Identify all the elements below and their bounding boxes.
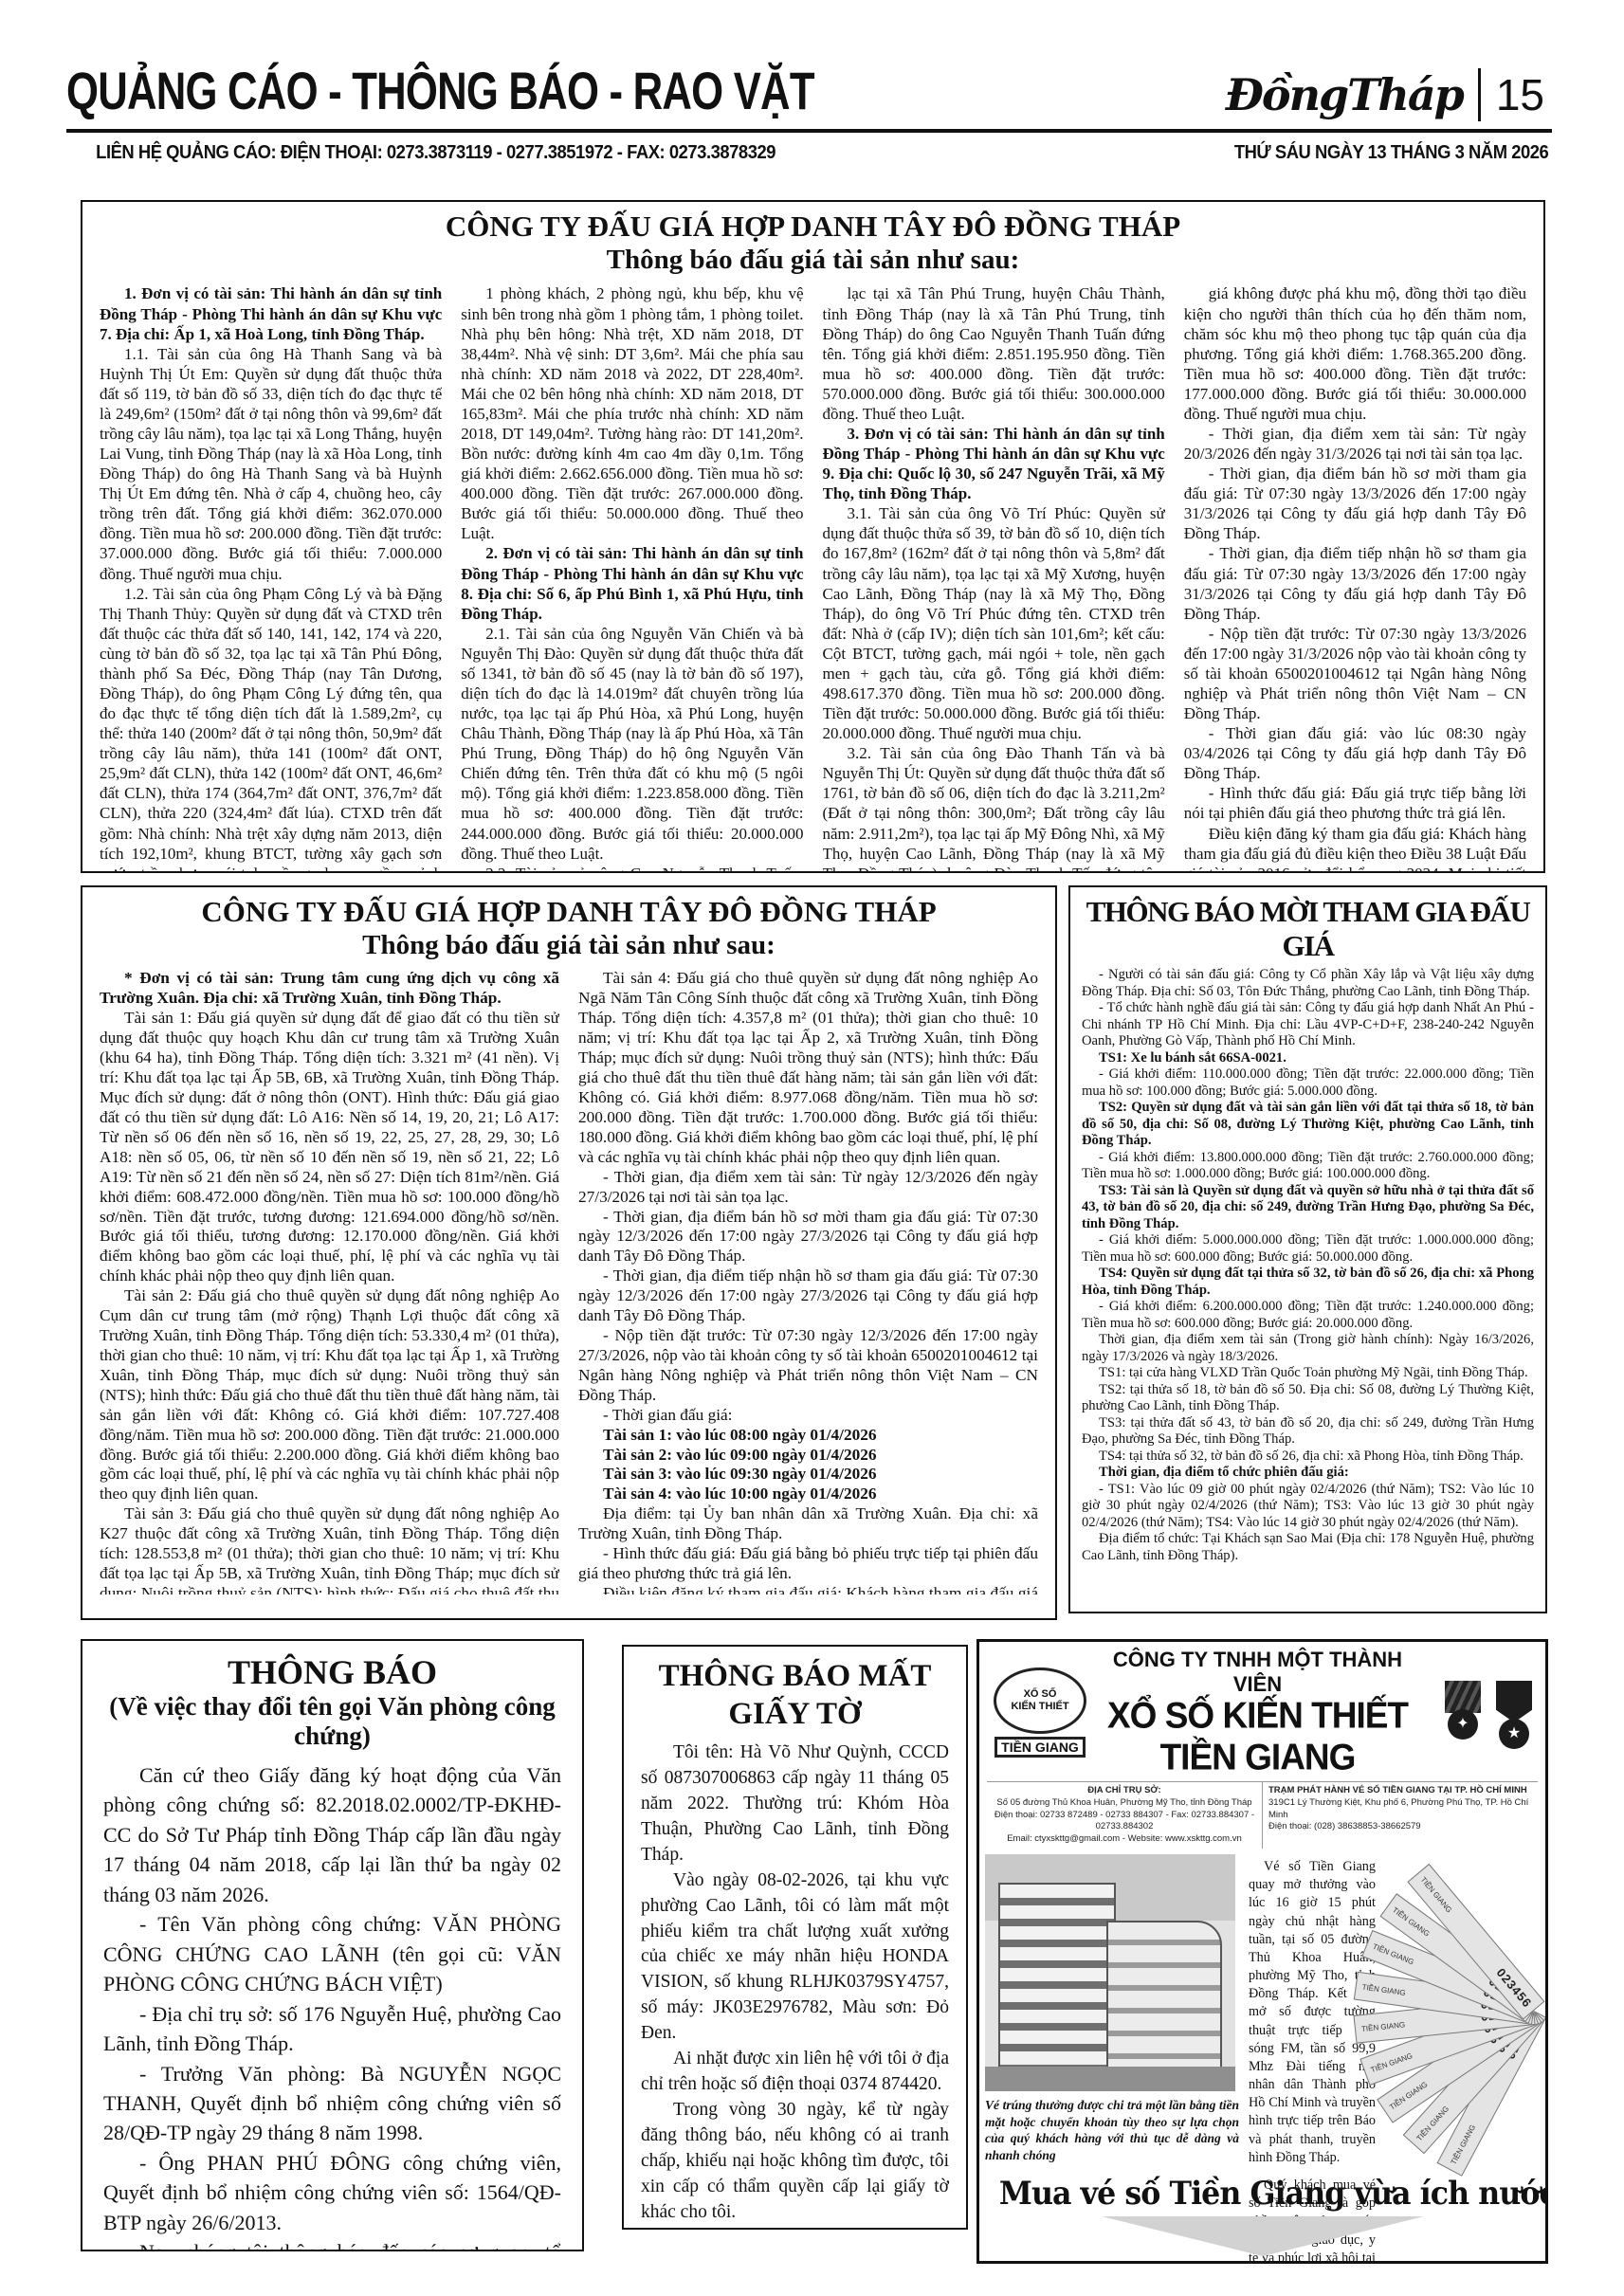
text-column: 1 phòng khách, 2 phòng ngủ, khu bếp, khu… bbox=[461, 283, 803, 873]
paragraph: 2. Đơn vị có tài sản: Thi hành án dân sự… bbox=[461, 543, 803, 623]
company-type: CÔNG TY TNHH MỘT THÀNH VIÊN bbox=[1093, 1648, 1422, 1697]
medal-icon: ★ bbox=[1494, 1681, 1534, 1743]
lottery-ticket-fan: TIỀN GIANG023456TIỀN GIANG023456TIỀN GIA… bbox=[1383, 1854, 1540, 2167]
road bbox=[985, 2067, 1235, 2091]
paragraph: - Hình thức đấu giá: Đấu giá bằng bỏ phi… bbox=[578, 1544, 1038, 1584]
box1-title: CÔNG TY ĐẤU GIÁ HỢP DANH TÂY ĐÔ ĐỒNG THÁ… bbox=[100, 210, 1526, 244]
ad-paragraph: Vé số Tiền Giang quay mở thưởng vào lúc … bbox=[1249, 1858, 1376, 2167]
paragraph: Tài sản 2: vào lúc 09:00 ngày 01/4/2026 bbox=[578, 1446, 1038, 1466]
paragraph: - Trưởng Văn phòng: Bà NGUYỄN NGỌC THANH… bbox=[103, 2059, 561, 2148]
paragraph: Ai nhặt được xin liên hệ với tôi ở địa c… bbox=[641, 2047, 949, 2098]
auction-notice-box-1: CÔNG TY ĐẤU GIÁ HỢP DANH TÂY ĐÔ ĐỒNG THÁ… bbox=[81, 200, 1545, 873]
text-column: Tài sản 4: Đấu giá cho thuê quyền sử dụn… bbox=[578, 969, 1038, 1594]
paragraph: - Giá khởi điểm: 5.000.000.000 đồng; Tiề… bbox=[1082, 1232, 1534, 1266]
logo-text: KIẾN THIẾT bbox=[996, 1701, 1084, 1712]
paragraph: lạc tại xã Tân Phú Trung, huyện Châu Thà… bbox=[823, 283, 1165, 424]
paragraph: TS4: tại thửa số 32, tờ bản đồ số 26, đị… bbox=[1082, 1449, 1534, 1466]
paragraph: - Thời gian đấu giá: bbox=[578, 1406, 1038, 1426]
company-name: XỔ SỐ KIẾN THIẾT TIỀN GIANG bbox=[1093, 1695, 1422, 1778]
page-number: 15 bbox=[1496, 69, 1544, 120]
notice-body: Tôi tên: Hà Võ Như Quỳnh, CCCD số 087307… bbox=[641, 1740, 949, 2225]
ad-footer-bar: Kính chúc quý khách gặp nhiều may mắn bbox=[989, 2262, 1536, 2264]
paragraph: - Thời gian, địa điểm tiếp nhận hồ sơ th… bbox=[578, 1266, 1038, 1326]
lost-papers-notice: THÔNG BÁO MẤT GIẤY TỜ Tôi tên: Hà Võ Như… bbox=[622, 1645, 968, 2230]
building-block bbox=[998, 1883, 1116, 2076]
box1-columns: 1. Đơn vị có tài sản: Thi hành án dân sự… bbox=[100, 283, 1526, 873]
box1-subtitle: Thông báo đấu giá tài sản như sau: bbox=[100, 244, 1526, 277]
paragraph: TS3: Tài sản là Quyền sử dụng đất và quy… bbox=[1082, 1183, 1534, 1233]
paragraph: - Người có tài sản đấu giá: Công ty Cổ p… bbox=[1082, 967, 1534, 1000]
hq-addr: Số 05 đường Thủ Khoa Huân, Phường Mỹ Tho… bbox=[993, 1797, 1256, 1810]
masthead-right: ĐồngTháp 15 bbox=[1226, 68, 1544, 121]
newspaper-page: QUẢNG CÁO - THÔNG BÁO - RAO VẶT ĐồngTháp… bbox=[0, 28, 1624, 2264]
paragraph: 3.2. Tài sản của ông Đào Thanh Tấn và bà… bbox=[823, 743, 1165, 873]
text-column: 1. Đơn vị có tài sản: Thi hành án dân sự… bbox=[100, 283, 442, 873]
paragraph: TS2: tại thửa số 18, tờ bản đồ số 50. Đị… bbox=[1082, 1382, 1534, 1415]
notice-title: THÔNG BÁO bbox=[103, 1652, 561, 1692]
hq-phone: Điện thoại: 02733 872489 - 02733 884307 … bbox=[993, 1810, 1256, 1834]
box2-title: CÔNG TY ĐẤU GIÁ HỢP DANH TÂY ĐÔ ĐỒNG THÁ… bbox=[100, 895, 1038, 929]
paragraph: Tài sản 3: Đấu giá cho thuê quyền sử dụn… bbox=[100, 1504, 559, 1594]
box2-subtitle: Thông báo đấu giá tài sản như sau: bbox=[100, 929, 1038, 962]
paragraph: Trong vòng 30 ngày, kể từ ngày đăng thôn… bbox=[641, 2098, 949, 2226]
paragraph: - Ông PHAN PHÚ ĐÔNG công chứng viên, Quy… bbox=[103, 2148, 561, 2237]
paragraph: 2.1. Tài sản của ông Nguyễn Văn Chiến và… bbox=[461, 624, 803, 864]
logo-name: TIỀN GIANG bbox=[994, 1737, 1086, 1758]
section-title: QUẢNG CÁO - THÔNG BÁO - RAO VẶT bbox=[66, 60, 814, 121]
box2-columns: * Đơn vị có tài sản: Trung tâm cung ứng … bbox=[100, 969, 1038, 1594]
lottery-logo-icon: XỔ SỐ KIẾN THIẾT TIỀN GIANG bbox=[987, 1667, 1093, 1758]
issue-date: THỨ SÁU NGÀY 13 THÁNG 3 NĂM 2026 bbox=[1234, 142, 1548, 164]
paragraph: - Thời gian, địa điểm tiếp nhận hồ sơ th… bbox=[1184, 543, 1526, 623]
paragraph: - Tên Văn phòng công chứng: VĂN PHÒNG CÔ… bbox=[103, 1909, 561, 1998]
lottery-advertisement: XỔ SỐ KIẾN THIẾT TIỀN GIANG CÔNG TY TNHH… bbox=[976, 1639, 1548, 2264]
paragraph: TS4: Quyền sử dụng đất tại thửa số 32, t… bbox=[1082, 1266, 1534, 1299]
paragraph: - Giá khởi điểm: 13.800.000.000 đồng; Ti… bbox=[1082, 1150, 1534, 1183]
branch-label: TRẠM PHÁT HÀNH VÉ SỐ TIỀN GIANG TẠI TP. … bbox=[1268, 1785, 1527, 1795]
medal-icon: ✦ bbox=[1443, 1681, 1483, 1743]
paragraph: Tài sản 2: Đấu giá cho thuê quyền sử dụn… bbox=[100, 1286, 559, 1504]
notice-title: THÔNG BÁO MẤT GIẤY TỜ bbox=[641, 1658, 949, 1733]
branch-phone: Điện thoại: (028) 38638853-38662579 bbox=[1268, 1821, 1532, 1833]
paragraph: - Thời gian, địa điểm bán hồ sơ mời tham… bbox=[578, 1208, 1038, 1267]
header-rule bbox=[66, 129, 1552, 133]
paragraph: - Giá khởi điểm: 110.000.000 đồng; Tiền … bbox=[1082, 1066, 1534, 1100]
photo-caption: Vé trúng thưởng được chi trả một lần bằn… bbox=[985, 2097, 1239, 2163]
paragraph: Điều kiện đăng ký tham gia đấu giá: Khác… bbox=[578, 1584, 1038, 1594]
paragraph: Căn cứ theo Giấy đăng ký hoạt động của V… bbox=[103, 1760, 561, 1909]
masthead: QUẢNG CÁO - THÔNG BÁO - RAO VẶT ĐồngTháp… bbox=[66, 28, 1544, 121]
text-column: * Đơn vị có tài sản: Trung tâm cung ứng … bbox=[100, 969, 559, 1594]
paragraph: - Nộp tiền đặt trước: Từ 07:30 ngày 13/3… bbox=[1184, 624, 1526, 723]
hq-label: ĐỊA CHỈ TRỤ SỞ: bbox=[1087, 1785, 1160, 1795]
newspaper-logo: ĐồngTháp bbox=[1226, 69, 1463, 120]
paragraph: - Thời gian, địa điểm xem tài sản: Từ ng… bbox=[1184, 424, 1526, 464]
auction-invitation-box: THÔNG BÁO MỜI THAM GIA ĐẤU GIÁ - Người c… bbox=[1068, 885, 1547, 1613]
paragraph: Tài sản 4: Đấu giá cho thuê quyền sử dụn… bbox=[578, 969, 1038, 1167]
paragraph: Tài sản 3: vào lúc 09:30 ngày 01/4/2026 bbox=[578, 1465, 1038, 1485]
invitation-body: - Người có tài sản đấu giá: Công ty Cổ p… bbox=[1082, 967, 1534, 1564]
ad-slogan: Mua vé số Tiền Giang vừa ích nước, vừa l… bbox=[999, 2175, 1525, 2213]
paragraph: Tài sản 1: Đấu giá quyền sử dụng đất để … bbox=[100, 1009, 559, 1286]
paragraph: 1 phòng khách, 2 phòng ngủ, khu bếp, khu… bbox=[461, 283, 803, 543]
subheader: LIÊN HỆ QUẢNG CÁO: ĐIỆN THOẠI: 0273.3873… bbox=[66, 142, 1548, 164]
bottom-row: THÔNG BÁO (Về việc thay đổi tên gọi Văn … bbox=[81, 1639, 1548, 2264]
paragraph: Thời gian, địa điểm tổ chức phiên đấu gi… bbox=[1082, 1465, 1534, 1482]
ad-header: XỔ SỐ KIẾN THIẾT TIỀN GIANG CÔNG TY TNHH… bbox=[979, 1642, 1545, 1778]
paragraph: 1.2. Tài sản của ông Phạm Công Lý và bà … bbox=[100, 584, 442, 873]
building-photo bbox=[985, 1854, 1235, 2091]
paragraph: - Giá khởi điểm: 6.200.000.000 đồng; Tiề… bbox=[1082, 1299, 1534, 1332]
ad-company: CÔNG TY TNHH MỘT THÀNH VIÊN XỔ SỐ KIẾN T… bbox=[1093, 1648, 1422, 1777]
text-column: giá không được phá khu mộ, đồng thời tạo… bbox=[1184, 283, 1526, 873]
ad-text: Vé số Tiền Giang quay mở thưởng vào lúc … bbox=[1239, 1854, 1383, 2167]
logo-text: XỔ SỐ bbox=[996, 1688, 1084, 1700]
medals: ✦ ★ bbox=[1422, 1681, 1538, 1743]
paragraph: 2.2. Tài sản của ông Cao Nguyễn Thanh Tu… bbox=[461, 864, 803, 873]
second-row: CÔNG TY ĐẤU GIÁ HỢP DANH TÂY ĐÔ ĐỒNG THÁ… bbox=[81, 885, 1547, 1620]
paragraph: - Tổ chức hành nghề đấu giá tài sản: Côn… bbox=[1082, 1000, 1534, 1050]
paragraph: TS2: Quyền sử dụng đất và tài sản gắn li… bbox=[1082, 1100, 1534, 1150]
paragraph: Nay chúng tôi thông báo đến các cơ quan,… bbox=[103, 2237, 561, 2251]
down-arrow-icon bbox=[1102, 2216, 1424, 2256]
paragraph: - Hình thức đấu giá: Đấu giá trực tiếp b… bbox=[1184, 783, 1526, 823]
paragraph: Tài sản 1: vào lúc 08:00 ngày 01/4/2026 bbox=[578, 1426, 1038, 1446]
lottery-logo-ellipse: XỔ SỐ KIẾN THIẾT bbox=[994, 1667, 1086, 1734]
paragraph: giá không được phá khu mộ, đồng thời tạo… bbox=[1184, 283, 1526, 424]
auction-notice-box-2: CÔNG TY ĐẤU GIÁ HỢP DANH TÂY ĐÔ ĐỒNG THÁ… bbox=[81, 885, 1057, 1620]
paragraph: Điều kiện đăng ký tham gia đấu giá: Khác… bbox=[1184, 824, 1526, 873]
building-block bbox=[1106, 1921, 1222, 2078]
paragraph: Địa điểm: tại Ủy ban nhân dân xã Trường … bbox=[578, 1504, 1038, 1544]
divider bbox=[1478, 68, 1481, 121]
hq-address: ĐỊA CHỈ TRỤ SỞ: Số 05 đường Thủ Khoa Huâ… bbox=[987, 1782, 1262, 1849]
office-rename-notice: THÔNG BÁO (Về việc thay đổi tên gọi Văn … bbox=[81, 1639, 584, 2251]
paragraph: 1. Đơn vị có tài sản: Thi hành án dân sự… bbox=[100, 283, 442, 343]
paragraph: Tài sản 4: vào lúc 10:00 ngày 01/4/2026 bbox=[578, 1485, 1038, 1504]
paragraph: Thời gian, địa điểm xem tài sản (Trong g… bbox=[1082, 1332, 1534, 1365]
ad-body: Vé trúng thưởng được chi trả một lần bằn… bbox=[979, 1849, 1545, 2167]
paragraph: - TS1: Vào lúc 09 giờ 00 phút ngày 02/4/… bbox=[1082, 1482, 1534, 1532]
photo-column: Vé trúng thưởng được chi trả một lần bằn… bbox=[985, 1854, 1239, 2167]
paragraph: Vào ngày 08-02-2026, tại khu vực phường … bbox=[641, 1868, 949, 2047]
paragraph: - Địa chỉ trụ sở: số 176 Nguyễn Huệ, phư… bbox=[103, 1999, 561, 2059]
paragraph: * Đơn vị có tài sản: Trung tâm cung ứng … bbox=[100, 969, 559, 1009]
branch-addr: 319C1 Lý Thường Kiệt, Khu phố 6, Phường … bbox=[1268, 1797, 1532, 1822]
paragraph: 1.1. Tài sản của ông Hà Thanh Sang và bà… bbox=[100, 344, 442, 584]
advertising-contact: LIÊN HỆ QUẢNG CÁO: ĐIỆN THOẠI: 0273.3873… bbox=[96, 142, 776, 164]
notice-body: Căn cứ theo Giấy đăng ký hoạt động của V… bbox=[103, 1760, 561, 2251]
paragraph: TS3: tại thửa đất số 43, tờ bản đồ số 20… bbox=[1082, 1415, 1534, 1449]
branch-address: TRẠM PHÁT HÀNH VÉ SỐ TIỀN GIANG TẠI TP. … bbox=[1262, 1782, 1538, 1849]
paragraph: - Thời gian, địa điểm xem tài sản: Từ ng… bbox=[578, 1168, 1038, 1208]
ad-addresses: ĐỊA CHỈ TRỤ SỞ: Số 05 đường Thủ Khoa Huâ… bbox=[987, 1781, 1538, 1849]
paragraph: Tôi tên: Hà Võ Như Quỳnh, CCCD số 087307… bbox=[641, 1740, 949, 1868]
paragraph: - Thời gian, địa điểm bán hồ sơ mời tham… bbox=[1184, 464, 1526, 543]
invitation-title: THÔNG BÁO MỜI THAM GIA ĐẤU GIÁ bbox=[1082, 895, 1534, 963]
paragraph: TS1: Xe lu bánh sắt 66SA-0021. bbox=[1082, 1050, 1534, 1067]
text-column: lạc tại xã Tân Phú Trung, huyện Châu Thà… bbox=[823, 283, 1165, 873]
paragraph: Địa điểm tổ chức: Tại Khách sạn Sao Mai … bbox=[1082, 1531, 1534, 1564]
notice-subtitle: (Về việc thay đổi tên gọi Văn phòng công… bbox=[103, 1692, 561, 1751]
paragraph: 3.1. Tài sản của ông Võ Trí Phúc: Quyền … bbox=[823, 503, 1165, 743]
paragraph: TS1: tại cửa hàng VLXD Trần Quốc Toản ph… bbox=[1082, 1365, 1534, 1382]
paragraph: 3. Đơn vị có tài sản: Thi hành án dân sự… bbox=[823, 424, 1165, 503]
paragraph: - Nộp tiền đặt trước: Từ 07:30 ngày 12/3… bbox=[578, 1326, 1038, 1406]
paragraph: - Thời gian đấu giá: vào lúc 08:30 ngày … bbox=[1184, 723, 1526, 783]
hq-email: Email: ctyxskttg@gmail.com - Website: ww… bbox=[993, 1833, 1256, 1846]
